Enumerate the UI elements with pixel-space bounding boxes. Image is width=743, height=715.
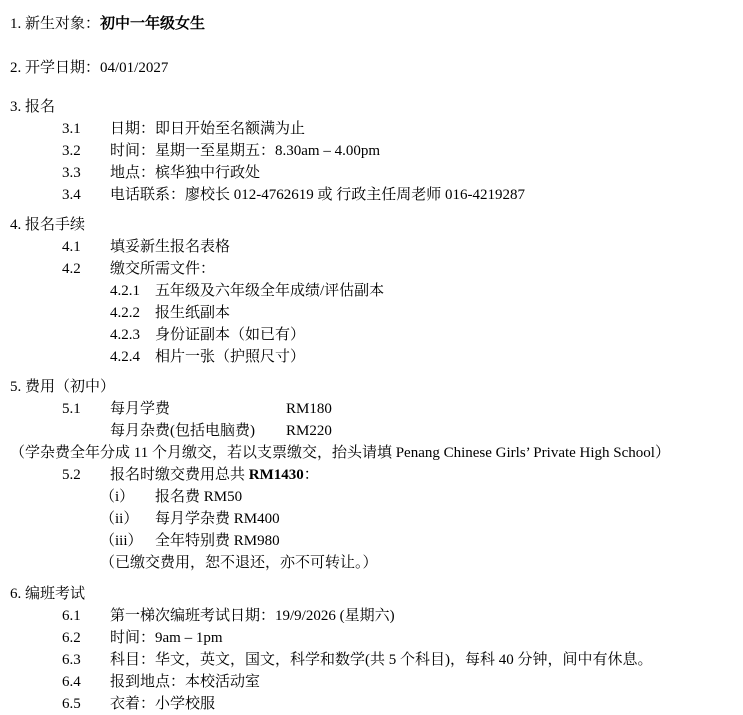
section-registration: 3. 报名 3.1 日期：即日开始至名额满为止 3.2 时间：星期一至星期五：8…	[10, 96, 735, 206]
item-number: 4.2.3	[110, 324, 155, 346]
fee-total-row: 5.2 报名时缴交费用总共 RM1430：	[62, 464, 735, 486]
placement-exam-heading: 6. 编班考试	[10, 583, 735, 605]
item-number: 4.1	[62, 236, 110, 258]
item-text: 每月学杂费 RM400	[155, 508, 280, 530]
item-number: 3.3	[62, 162, 110, 184]
item-text: 时间：星期一至星期五：8.30am – 4.00pm	[110, 140, 380, 162]
item-text: 报名费 RM50	[155, 486, 242, 508]
exam-item-time: 6.2 时间：9am – 1pm	[62, 627, 735, 649]
document-item-results-copy: 4.2.1 五年级及六年级全年成绩/评估副本	[110, 280, 735, 302]
item-text: 日期：即日开始至名额满为止	[110, 118, 305, 140]
section-registration-procedure: 4. 报名手续 4.1 填妥新生报名表格 4.2 缴交所需文件： 4.2.1 五…	[10, 214, 735, 368]
section-placement-exam: 6. 编班考试 6.1 第一梯次编班考试日期：19/9/2026 (星期六) 6…	[10, 583, 735, 715]
item-number: 4.2	[62, 258, 110, 280]
item-number: 5.1	[62, 398, 110, 420]
item-number: （ii）	[100, 508, 155, 530]
exam-item-venue: 6.4 报到地点：本校活动室	[62, 671, 735, 693]
fee-row-tuition: 5.1 每月学费 RM180	[62, 398, 735, 420]
item-text: 时间：9am – 1pm	[110, 627, 223, 649]
item-number: 4.2.4	[110, 346, 155, 368]
item-text: 衣着：小学校服	[110, 693, 215, 715]
registration-item-location: 3.3 地点：槟华独中行政处	[62, 162, 735, 184]
school-start-date-line: 2. 开学日期：04/01/2027	[10, 57, 735, 79]
item-text: 报到地点：本校活动室	[110, 671, 260, 693]
section-new-student-target: 1. 新生对象：初中一年级女生	[10, 13, 735, 35]
fee-total-prefix: 报名时缴交费用总共	[110, 467, 249, 483]
registration-item-phone: 3.4 电话联系：廖校长 012-4762619 或 行政主任周老师 016-4…	[62, 184, 735, 206]
item-number: 4.2.1	[110, 280, 155, 302]
item-text: 五年级及六年级全年成绩/评估副本	[155, 280, 384, 302]
document-item-id-copy: 4.2.3 身份证副本（如已有）	[110, 324, 735, 346]
item-text: 全年特别费 RM980	[155, 530, 280, 552]
section-school-start-date: 2. 开学日期：04/01/2027	[10, 57, 735, 79]
fee-amount: RM220	[286, 420, 332, 442]
item-text: 第一梯次编班考试日期：19/9/2026 (星期六)	[110, 605, 395, 627]
item-number: 6.3	[62, 649, 110, 671]
fee-label: 每月学费	[110, 398, 286, 420]
item-number: 4.2.2	[110, 302, 155, 324]
breakdown-item-monthly-fee: （ii） 每月学杂费 RM400	[100, 508, 735, 530]
item-number: 6.2	[62, 627, 110, 649]
enrollment-info-document: 1. 新生对象：初中一年级女生 2. 开学日期：04/01/2027 3. 报名…	[0, 0, 743, 715]
fees-heading: 5. 费用（初中）	[10, 376, 735, 398]
item-text: 缴交所需文件：	[110, 258, 215, 280]
procedure-heading: 4. 报名手续	[10, 214, 735, 236]
fees-payment-note: （学杂费全年分成 11 个月缴交，若以支票缴交，抬头请填 Penang Chin…	[10, 442, 735, 464]
exam-item-attire: 6.5 衣着：小学校服	[62, 693, 735, 715]
registration-item-time: 3.2 时间：星期一至星期五：8.30am – 4.00pm	[62, 140, 735, 162]
item-number: 6.4	[62, 671, 110, 693]
document-item-photo: 4.2.4 相片一张（护照尺寸）	[110, 346, 735, 368]
item-number: （i）	[100, 486, 155, 508]
item-number: 6.1	[62, 605, 110, 627]
fee-amount: RM180	[286, 398, 332, 420]
fee-label: 每月杂费(包括电脑费)	[110, 420, 286, 442]
item-number-spacer	[62, 420, 110, 442]
item-text: 电话联系：廖校长 012-4762619 或 行政主任周老师 016-42192…	[110, 184, 525, 206]
registration-item-date: 3.1 日期：即日开始至名额满为止	[62, 118, 735, 140]
breakdown-item-registration-fee: （i） 报名费 RM50	[100, 486, 735, 508]
fee-row-misc: 每月杂费(包括电脑费) RM220	[62, 420, 735, 442]
item-text: 报生纸副本	[155, 302, 230, 324]
exam-item-date: 6.1 第一梯次编班考试日期：19/9/2026 (星期六)	[62, 605, 735, 627]
procedure-item-form: 4.1 填妥新生报名表格	[62, 236, 735, 258]
new-student-target-label: 1. 新生对象：	[10, 16, 100, 32]
exam-item-subjects: 6.3 科目：华文，英文，国文，科学和数学(共 5 个科目)，每科 40 分钟，…	[62, 649, 735, 671]
section-fees: 5. 费用（初中） 5.1 每月学费 RM180 每月杂费(包括电脑费) RM2…	[10, 376, 735, 574]
fee-total-amount: RM1430	[249, 467, 304, 483]
item-number: （iii）	[100, 530, 155, 552]
item-text: 身份证副本（如已有）	[155, 324, 305, 346]
breakdown-item-special-fee: （iii） 全年特别费 RM980	[100, 530, 735, 552]
item-number: 3.2	[62, 140, 110, 162]
item-text: 科目：华文，英文，国文，科学和数学(共 5 个科目)，每科 40 分钟，间中有休…	[110, 649, 653, 671]
item-text: 填妥新生报名表格	[110, 236, 230, 258]
item-number: 6.5	[62, 693, 110, 715]
registration-heading: 3. 报名	[10, 96, 735, 118]
new-student-target-line: 1. 新生对象：初中一年级女生	[10, 13, 735, 35]
no-refund-note: （已缴交费用，恕不退还，亦不可转让。）	[100, 552, 735, 574]
procedure-item-documents: 4.2 缴交所需文件：	[62, 258, 735, 280]
item-number: 3.1	[62, 118, 110, 140]
item-text: 相片一张（护照尺寸）	[155, 346, 305, 368]
fee-total-text: 报名时缴交费用总共 RM1430：	[110, 464, 319, 486]
item-number: 5.2	[62, 464, 110, 486]
item-number: 3.4	[62, 184, 110, 206]
document-item-birth-cert: 4.2.2 报生纸副本	[110, 302, 735, 324]
fee-total-suffix: ：	[304, 467, 319, 483]
new-student-target-value: 初中一年级女生	[100, 16, 205, 32]
item-text: 地点：槟华独中行政处	[110, 162, 260, 184]
